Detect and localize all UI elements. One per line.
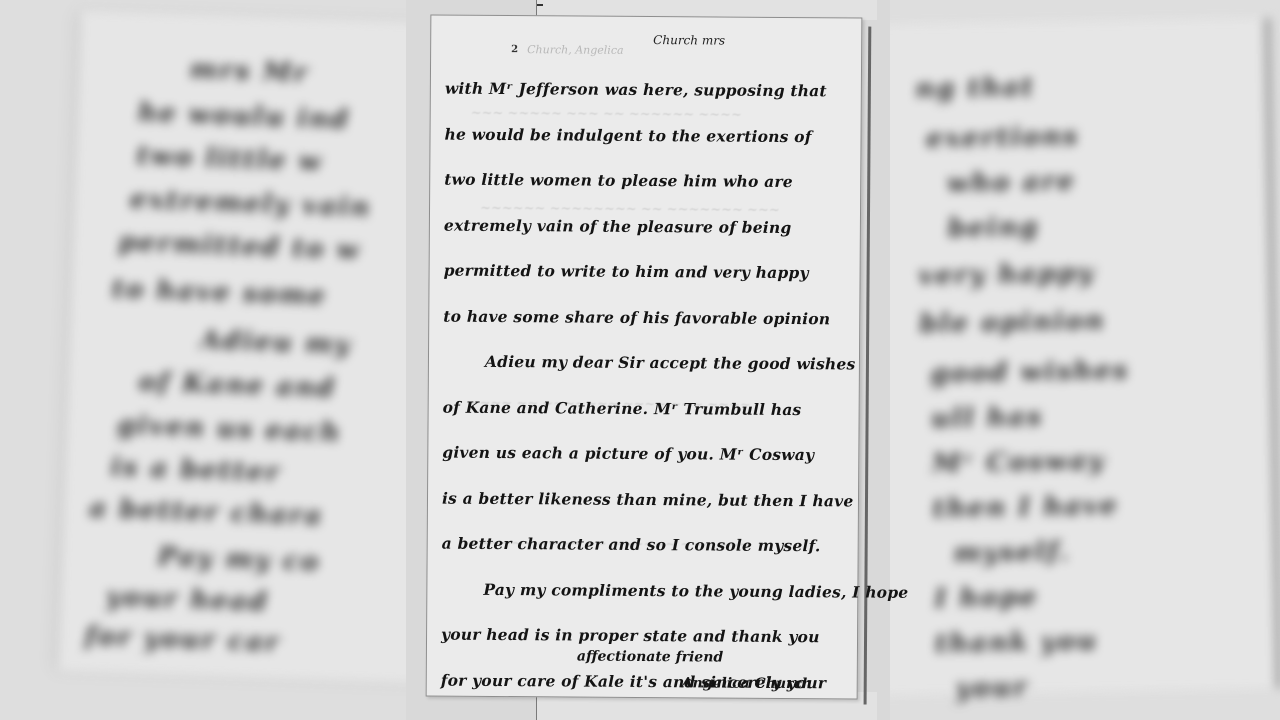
blurred-line: a better chara bbox=[89, 493, 324, 531]
letter-line: he would be indulgent to the exertions o… bbox=[444, 117, 854, 165]
letter-line: is a better likeness than mine, but then… bbox=[442, 481, 852, 529]
letter-line: Pay my compliments to the young ladies, … bbox=[441, 572, 851, 620]
blurred-line: I hope bbox=[934, 582, 1039, 614]
blurred-line: very happy bbox=[918, 258, 1095, 291]
archival-header-note: Church mrs bbox=[653, 33, 725, 48]
letter-line: Adieu my dear Sir accept the good wishes bbox=[443, 345, 853, 393]
blurred-background-left: mrs Mr he woulu ind two little w extreme… bbox=[0, 0, 406, 720]
letter-line: with Mʳ Jefferson was here, supposing th… bbox=[445, 72, 855, 120]
document-viewer: mrs Mr he woulu ind two little w extreme… bbox=[0, 0, 1280, 720]
blurred-line: two little w bbox=[136, 141, 323, 177]
letter-line: permitted to write to him and very happy bbox=[443, 254, 853, 302]
blurred-line: Adieu my bbox=[200, 325, 352, 360]
blurred-line: ng that bbox=[915, 72, 1035, 104]
blurred-line: is a better bbox=[110, 452, 281, 488]
signature: Angelica Church bbox=[682, 675, 813, 692]
letter-line: two little women to please him who are bbox=[444, 163, 854, 211]
blurred-line: to have some bbox=[111, 274, 327, 311]
blurred-line: myself. bbox=[953, 537, 1070, 569]
blurred-page-right: ng that exertions who are being very hap… bbox=[890, 18, 1280, 696]
blurred-line: for your car bbox=[84, 621, 281, 658]
blurred-line: being bbox=[947, 212, 1039, 244]
blurred-line: your head bbox=[106, 582, 270, 618]
blurred-line: your bbox=[956, 672, 1030, 703]
blurred-line: permitted to w bbox=[118, 227, 361, 265]
letter-body: with Mʳ Jefferson was here, supposing th… bbox=[441, 72, 855, 712]
blurred-line: Pay my co bbox=[157, 542, 321, 578]
blurred-line: exertions bbox=[926, 122, 1080, 155]
blurred-background-right: ng that exertions who are being very hap… bbox=[890, 0, 1280, 720]
blurred-line: ble opinion bbox=[919, 306, 1106, 339]
blurred-line: extremely vain bbox=[130, 185, 372, 223]
letter-closing: affectionate friend bbox=[577, 649, 723, 666]
blurred-line: who are bbox=[947, 167, 1076, 199]
letter-line: of Kane and Catherine. Mʳ Trumbull has bbox=[442, 390, 852, 438]
page-number: 2 bbox=[511, 44, 518, 55]
blurred-line: then I have bbox=[932, 491, 1119, 524]
blurred-line: given us each bbox=[117, 410, 342, 448]
blurred-line: mrs Mr bbox=[189, 55, 309, 89]
blurred-page-left: mrs Mr he woulu ind two little w extreme… bbox=[59, 11, 406, 685]
blurred-line: thank you bbox=[935, 626, 1099, 659]
blurred-line: of Kane and bbox=[138, 367, 336, 404]
blurred-line: Mʳ Cosway bbox=[932, 446, 1106, 479]
letter-line: to have some share of his favorable opin… bbox=[443, 299, 853, 347]
letter-line: given us each a picture of you. Mʳ Coswa… bbox=[442, 436, 852, 484]
faint-bleed-through-reference: Church, Angelica bbox=[527, 43, 624, 57]
letter-page: Church mrs 2 Church, Angelica ~~~ ~~~~~ … bbox=[426, 15, 863, 700]
blurred-line: good wishes bbox=[930, 356, 1130, 389]
blurred-line: ull has bbox=[931, 402, 1044, 434]
document-image: Church mrs 2 Church, Angelica ~~~ ~~~~~ … bbox=[406, 0, 890, 720]
letter-line: extremely vain of the pleasure of being bbox=[444, 208, 854, 256]
letter-line: a better character and so I console myse… bbox=[441, 527, 851, 575]
blurred-line: he woulu ind bbox=[138, 98, 351, 135]
